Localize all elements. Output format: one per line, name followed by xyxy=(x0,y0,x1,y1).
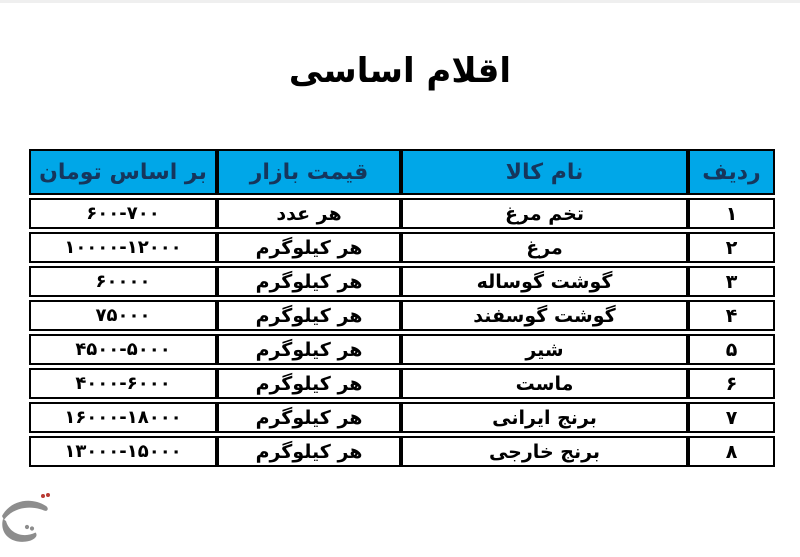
cell-price-toman: ۱۶۰۰۰-۱۸۰۰۰ xyxy=(29,402,217,433)
cell-market-price-unit: هر کیلوگرم xyxy=(217,368,401,399)
price-table-container: ردیف نام کالا قیمت بازار بر اساس تومان ۱… xyxy=(29,146,775,470)
header-cell-market-price: قیمت بازار xyxy=(217,149,401,195)
cell-market-price-unit: هر کیلوگرم xyxy=(217,402,401,433)
page-title: اقلام اساسی xyxy=(0,48,800,96)
cell-radif: ۴ xyxy=(688,300,775,331)
watermark-red-dot xyxy=(41,494,45,498)
price-table-body: ۱ تخم مرغ هر عدد ۶۰۰-۷۰۰ ۲ مرغ هر کیلوگر… xyxy=(29,198,775,467)
cell-price-toman: ۴۰۰۰-۶۰۰۰ xyxy=(29,368,217,399)
watermark-red-dot xyxy=(46,493,50,497)
cell-market-price-unit: هر کیلوگرم xyxy=(217,266,401,297)
cell-item-name: شیر xyxy=(401,334,688,365)
cell-radif: ۱ xyxy=(688,198,775,229)
table-row: ۱ تخم مرغ هر عدد ۶۰۰-۷۰۰ xyxy=(29,198,775,229)
cell-price-toman: ۴۵۰۰-۵۰۰۰ xyxy=(29,334,217,365)
page-top-border xyxy=(0,0,800,3)
cell-radif: ۳ xyxy=(688,266,775,297)
table-row: ۴ گوشت گوسفند هر کیلوگرم ۷۵۰۰۰ xyxy=(29,300,775,331)
cell-market-price-unit: هر کیلوگرم xyxy=(217,300,401,331)
table-row: ۶ ماست هر کیلوگرم ۴۰۰۰-۶۰۰۰ xyxy=(29,368,775,399)
cell-price-toman: ۱۰۰۰۰-۱۲۰۰۰ xyxy=(29,232,217,263)
tasnim-logo-icon xyxy=(0,486,72,556)
cell-price-toman: ۷۵۰۰۰ xyxy=(29,300,217,331)
table-row: ۳ گوشت گوساله هر کیلوگرم ۶۰۰۰۰ xyxy=(29,266,775,297)
cell-market-price-unit: هر کیلوگرم xyxy=(217,232,401,263)
cell-item-name: ماست xyxy=(401,368,688,399)
cell-market-price-unit: هر کیلوگرم xyxy=(217,436,401,467)
cell-radif: ۶ xyxy=(688,368,775,399)
cell-radif: ۵ xyxy=(688,334,775,365)
cell-radif: ۲ xyxy=(688,232,775,263)
watermark-upper-stroke xyxy=(2,501,48,520)
cell-item-name: تخم مرغ xyxy=(401,198,688,229)
table-header-row: ردیف نام کالا قیمت بازار بر اساس تومان xyxy=(29,149,775,195)
cell-item-name: برنج ایرانی xyxy=(401,402,688,433)
table-row: ۵ شیر هر کیلوگرم ۴۵۰۰-۵۰۰۰ xyxy=(29,334,775,365)
watermark-gray-dot xyxy=(25,525,29,529)
table-row: ۸ برنج خارجی هر کیلوگرم ۱۳۰۰۰-۱۵۰۰۰ xyxy=(29,436,775,467)
cell-market-price-unit: هر کیلوگرم xyxy=(217,334,401,365)
cell-price-toman: ۶۰۰۰۰ xyxy=(29,266,217,297)
cell-price-toman: ۱۳۰۰۰-۱۵۰۰۰ xyxy=(29,436,217,467)
cell-item-name: مرغ xyxy=(401,232,688,263)
cell-radif: ۸ xyxy=(688,436,775,467)
cell-price-toman: ۶۰۰-۷۰۰ xyxy=(29,198,217,229)
header-cell-radif: ردیف xyxy=(688,149,775,195)
watermark-gray-dot xyxy=(30,526,34,530)
cell-radif: ۷ xyxy=(688,402,775,433)
table-row: ۲ مرغ هر کیلوگرم ۱۰۰۰۰-۱۲۰۰۰ xyxy=(29,232,775,263)
header-cell-item-name: نام کالا xyxy=(401,149,688,195)
cell-item-name: گوشت گوسفند xyxy=(401,300,688,331)
cell-item-name: برنج خارجی xyxy=(401,436,688,467)
table-row: ۷ برنج ایرانی هر کیلوگرم ۱۶۰۰۰-۱۸۰۰۰ xyxy=(29,402,775,433)
price-table: ردیف نام کالا قیمت بازار بر اساس تومان ۱… xyxy=(29,146,775,470)
cell-market-price-unit: هر عدد xyxy=(217,198,401,229)
cell-item-name: گوشت گوساله xyxy=(401,266,688,297)
header-cell-toman: بر اساس تومان xyxy=(29,149,217,195)
page: اقلام اساسی ردیف نام کالا قیمت بازار بر … xyxy=(0,0,800,557)
